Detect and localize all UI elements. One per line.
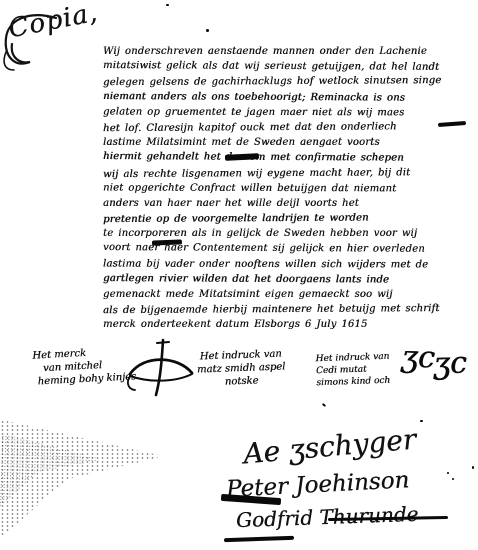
manuscript-line: lastime Milatsimint met de Sweden aengae…: [103, 135, 475, 150]
manuscript-line: hiermit gehandelt het daarom met confirm…: [103, 149, 475, 166]
manuscript-line: het lof. Claresijn kapitof ouck met dat …: [103, 119, 475, 136]
manuscript-line: als de bijgenaemde hierbij maintenere he…: [103, 301, 475, 318]
manuscript-line: Wij onderschreven aenstaende mannen onde…: [103, 44, 475, 59]
manuscript-line: gelaten op gruementet te jagen maer niet…: [103, 104, 475, 120]
ink-speck: [322, 403, 326, 407]
manuscript-line: te incorporeren als in gelijck de Sweden…: [103, 226, 475, 241]
noise-layer: [0, 405, 180, 550]
signature-flourish-bar: [224, 536, 294, 542]
attestation-block-right: Het indruck van Cedi mutat simons kind o…: [315, 351, 390, 390]
signature-1: Ae ʒschyger: [242, 423, 417, 471]
attestation-block-left: Het merck van mitchel heming bohy kinjes: [32, 344, 137, 388]
ink-speck: [452, 478, 454, 480]
manuscript-body: Wij onderschreven aenstaende mannen onde…: [103, 44, 475, 333]
witness-zigzag-mark-icon: ʒc: [400, 339, 435, 375]
noise-layer: [0, 408, 178, 550]
ink-speck: [472, 466, 474, 469]
ink-speck: [447, 472, 449, 474]
manuscript-page: Copia, Wij onderschreven aenstaende mann…: [0, 0, 478, 550]
zigzag-mark-glyph: ʒc: [400, 339, 435, 375]
copia-flourish-icon: [0, 12, 78, 74]
witness-zigzag-mark-icon: ʒc: [432, 345, 467, 381]
ink-speck: [206, 29, 209, 32]
manuscript-line: pretentie op de voorgemelte landrijen te…: [103, 210, 475, 227]
manuscript-line: gartlegen rivier wilden dat het doorgaen…: [103, 271, 475, 288]
ink-speck: [420, 420, 423, 422]
manuscript-line: gemenackt mede Mitatsimint eigen gemaeck…: [103, 287, 475, 302]
attestation-line: simons kind och: [316, 375, 390, 390]
attestation-block-middle: Het indruck van matz smidh aspel notske: [196, 347, 286, 389]
ink-strike-blot: [152, 239, 182, 245]
manuscript-line: niet opgerichte Confract willen betuijge…: [103, 180, 475, 196]
bow-arrow-mark-icon: [126, 338, 196, 398]
ink-speck: [166, 4, 169, 6]
manuscript-line: lastima bij vader onder nooftens willen …: [103, 256, 475, 272]
manuscript-line: niemant anders als ons toebehoorigt; Rem…: [103, 89, 475, 106]
zigzag-mark-glyph: ʒc: [432, 345, 467, 381]
manuscript-line: merck onderteekent datum Elsborgs 6 July…: [103, 317, 475, 332]
manuscript-line: gelegen gelsens de gachirhacklugs hof we…: [103, 73, 475, 90]
manuscript-line: anders van haer naer het wille deijl voo…: [103, 196, 475, 211]
manuscript-line: wij als rechte lisgenamen wij eygene mac…: [103, 164, 475, 181]
scan-noise-wedge: [0, 408, 178, 550]
